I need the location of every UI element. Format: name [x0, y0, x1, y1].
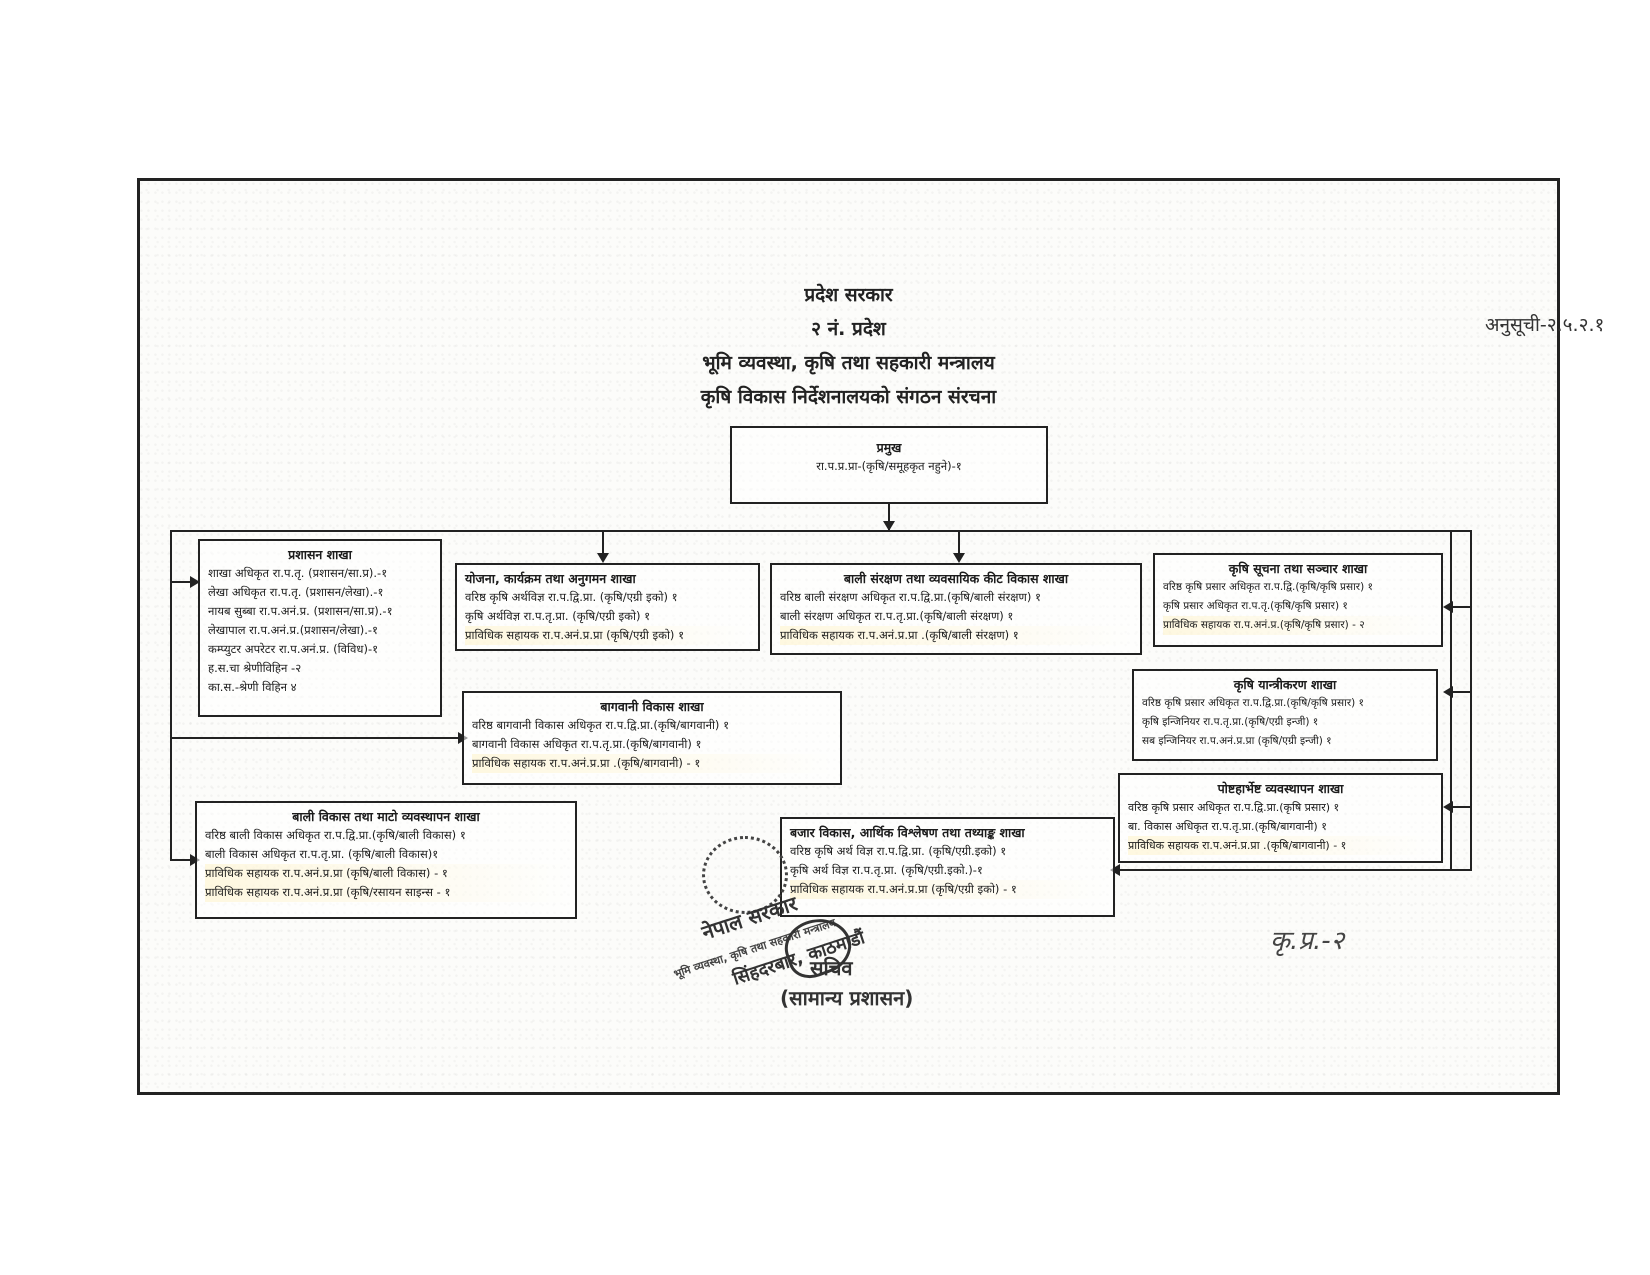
branch-row: कृषि अर्थविज्ञ रा.प.तृ.प्रा. (कृषि/एग्री…	[465, 607, 750, 626]
connector	[1452, 691, 1470, 693]
connector	[170, 859, 192, 861]
branch-row: वरिष्ठ कृषि प्रसार अधिकृत रा.प.द्वि.प्रा…	[1128, 798, 1433, 817]
connector	[1452, 806, 1470, 808]
header-line-1: प्रदेश सरकार	[140, 281, 1557, 307]
branch-row: वरिष्ठ बाली संरक्षण अधिकृत रा.प.द्वि.प्र…	[780, 588, 1132, 607]
branch-row: वरिष्ठ कृषि प्रसार अधिकृत रा.प.द्वि.प्रा…	[1142, 694, 1428, 713]
branch-row: बागवानी विकास अधिकृत रा.प.तृ.प्रा.(कृषि/…	[472, 735, 832, 754]
branch-row: शाखा अधिकृत रा.प.तृ. (प्रशासन/सा.प्र).-१	[208, 564, 432, 583]
branch-row: प्राविधिक सहायक रा.प.अनं.प्र.प्रा (कृषि/…	[465, 626, 750, 645]
signatory-subtitle: (सामान्य प्रशासन)	[780, 983, 913, 1013]
branch-row: वरिष्ठ कृषि अर्थविज्ञ रा.प.द्वि.प्रा. (क…	[465, 588, 750, 607]
branch-row: सब इन्जिनियर रा.प.अनं.प्र.प्रा (कृषि/एग्…	[1142, 732, 1428, 751]
branch-crop-soil: बाली विकास तथा माटो व्यवस्थापन शाखा वरिष…	[195, 801, 577, 919]
branch-title: कृषि यान्त्रीकरण शाखा	[1142, 675, 1428, 694]
branch-row: बा. विकास अधिकृत रा.प.तृ.प्रा.(कृषि/बागव…	[1128, 817, 1433, 836]
connector	[170, 530, 1470, 532]
branch-row: का.स.-श्रेणी विहिन ४	[208, 678, 432, 697]
chief-title: प्रमुख	[740, 438, 1038, 457]
branch-row: बाली विकास अधिकृत रा.प.तृ.प्रा. (कृषि/बा…	[205, 845, 567, 864]
handwritten-initials: कृ.प्र.-२	[1270, 921, 1344, 957]
connector	[1452, 606, 1470, 608]
branch-row: प्राविधिक सहायक रा.प.अनं.प्र.प्रा (कृषि/…	[205, 864, 567, 883]
branch-row: वरिष्ठ कृषि प्रसार अधिकृत रा.प.द्वि.(कृष…	[1163, 578, 1433, 597]
annex-label: अनुसूची-२.५.२.१	[1485, 311, 1604, 337]
branch-row: वरिष्ठ बागवानी विकास अधिकृत रा.प.द्वि.प्…	[472, 716, 832, 735]
branch-row: कृषि इन्जिनियर रा.प.तृ.प्रा.(कृषि/एग्री …	[1142, 713, 1428, 732]
connector	[170, 581, 192, 583]
arrow-down-icon	[953, 553, 965, 563]
branch-title: प्रशासन शाखा	[208, 545, 432, 564]
branch-row: प्राविधिक सहायक रा.प.अनं.प्र.प्रा .(कृषि…	[780, 626, 1132, 645]
branch-info-comm: कृषि सूचना तथा सञ्चार शाखा वरिष्ठ कृषि प…	[1153, 553, 1443, 647]
branch-row: लेखा अधिकृत रा.प.तृ. (प्रशासन/लेखा).-१	[208, 583, 432, 602]
chief-row: रा.प.प्र.प्रा-(कृषि/समूहकृत नहुने)-१	[740, 457, 1038, 476]
connector	[170, 530, 172, 860]
branch-row: कृषि प्रसार अधिकृत रा.प.तृ.(कृषि/कृषि प्…	[1163, 597, 1433, 616]
connector	[1120, 869, 1472, 871]
connector	[170, 737, 460, 739]
branch-title: पोष्टहार्भेष्ट व्यवस्थापन शाखा	[1128, 779, 1433, 798]
arrow-down-icon	[597, 553, 609, 563]
branch-crop-protection: बाली संरक्षण तथा व्यवसायिक कीट विकास शाख…	[770, 563, 1142, 655]
header-line-3: भूमि व्यवस्था, कृषि तथा सहकारी मन्त्रालय	[140, 349, 1557, 375]
signatory-title: सचिव	[780, 953, 913, 983]
branch-mechanization: कृषि यान्त्रीकरण शाखा वरिष्ठ कृषि प्रसार…	[1132, 669, 1438, 761]
branch-title: बागवानी विकास शाखा	[472, 697, 832, 716]
arrow-left-icon	[1443, 601, 1453, 613]
chief-box: प्रमुख रा.प.प्र.प्रा-(कृषि/समूहकृत नहुने…	[730, 426, 1048, 504]
signatory: सचिव (सामान्य प्रशासन)	[780, 953, 913, 1013]
branch-row: नायब सुब्बा रा.प.अनं.प्र. (प्रशासन/सा.प्…	[208, 602, 432, 621]
branch-row: प्राविधिक सहायक रा.प.अनं.प्र.प्रा .(कृषि…	[1128, 836, 1433, 855]
branch-row: प्राविधिक सहायक रा.प.अनं.प्र.प्रा .(कृषि…	[472, 754, 832, 773]
branch-admin: प्रशासन शाखा शाखा अधिकृत रा.प.तृ. (प्रशा…	[198, 539, 442, 717]
branch-row: ह.स.चा श्रेणीविहिन -२	[208, 659, 432, 678]
branch-row: प्राविधिक सहायक रा.प.अनं.प्र.प्रा (कृषि/…	[205, 883, 567, 902]
document-frame: प्रदेश सरकार २ नं. प्रदेश भूमि व्यवस्था,…	[137, 178, 1560, 1095]
branch-row: प्राविधिक सहायक रा.प.अनं.प्र.(कृषि/कृषि …	[1163, 616, 1433, 635]
branch-title: योजना, कार्यक्रम तथा अनुगमन शाखा	[465, 569, 750, 588]
branch-title: कृषि सूचना तथा सञ्चार शाखा	[1163, 559, 1433, 578]
branch-planning: योजना, कार्यक्रम तथा अनुगमन शाखा वरिष्ठ …	[455, 563, 760, 651]
connector	[1470, 530, 1472, 870]
header-line-4: कृषि विकास निर्देशनालयको संगठन संरचना	[140, 383, 1557, 409]
branch-title: बाली विकास तथा माटो व्यवस्थापन शाखा	[205, 807, 567, 826]
arrow-left-icon	[1443, 686, 1453, 698]
branch-horticulture: बागवानी विकास शाखा वरिष्ठ बागवानी विकास …	[462, 691, 842, 785]
header-line-2: २ नं. प्रदेश	[140, 315, 1557, 341]
branch-row: वरिष्ठ बाली विकास अधिकृत रा.प.द्वि.प्रा.…	[205, 826, 567, 845]
branch-postharvest: पोष्टहार्भेष्ट व्यवस्थापन शाखा वरिष्ठ कृ…	[1118, 773, 1443, 863]
branch-row: बाली संरक्षण अधिकृत रा.प.तृ.प्रा.(कृषि/ब…	[780, 607, 1132, 626]
branch-row: कम्प्युटर अपरेटर रा.प.अनं.प्र. (विविध)-१	[208, 640, 432, 659]
arrow-left-icon	[1443, 801, 1453, 813]
connector	[1450, 530, 1452, 870]
branch-title: बाली संरक्षण तथा व्यवसायिक कीट विकास शाख…	[780, 569, 1132, 588]
branch-row: लेखापाल रा.प.अनं.प्र.(प्रशासन/लेखा).-१	[208, 621, 432, 640]
